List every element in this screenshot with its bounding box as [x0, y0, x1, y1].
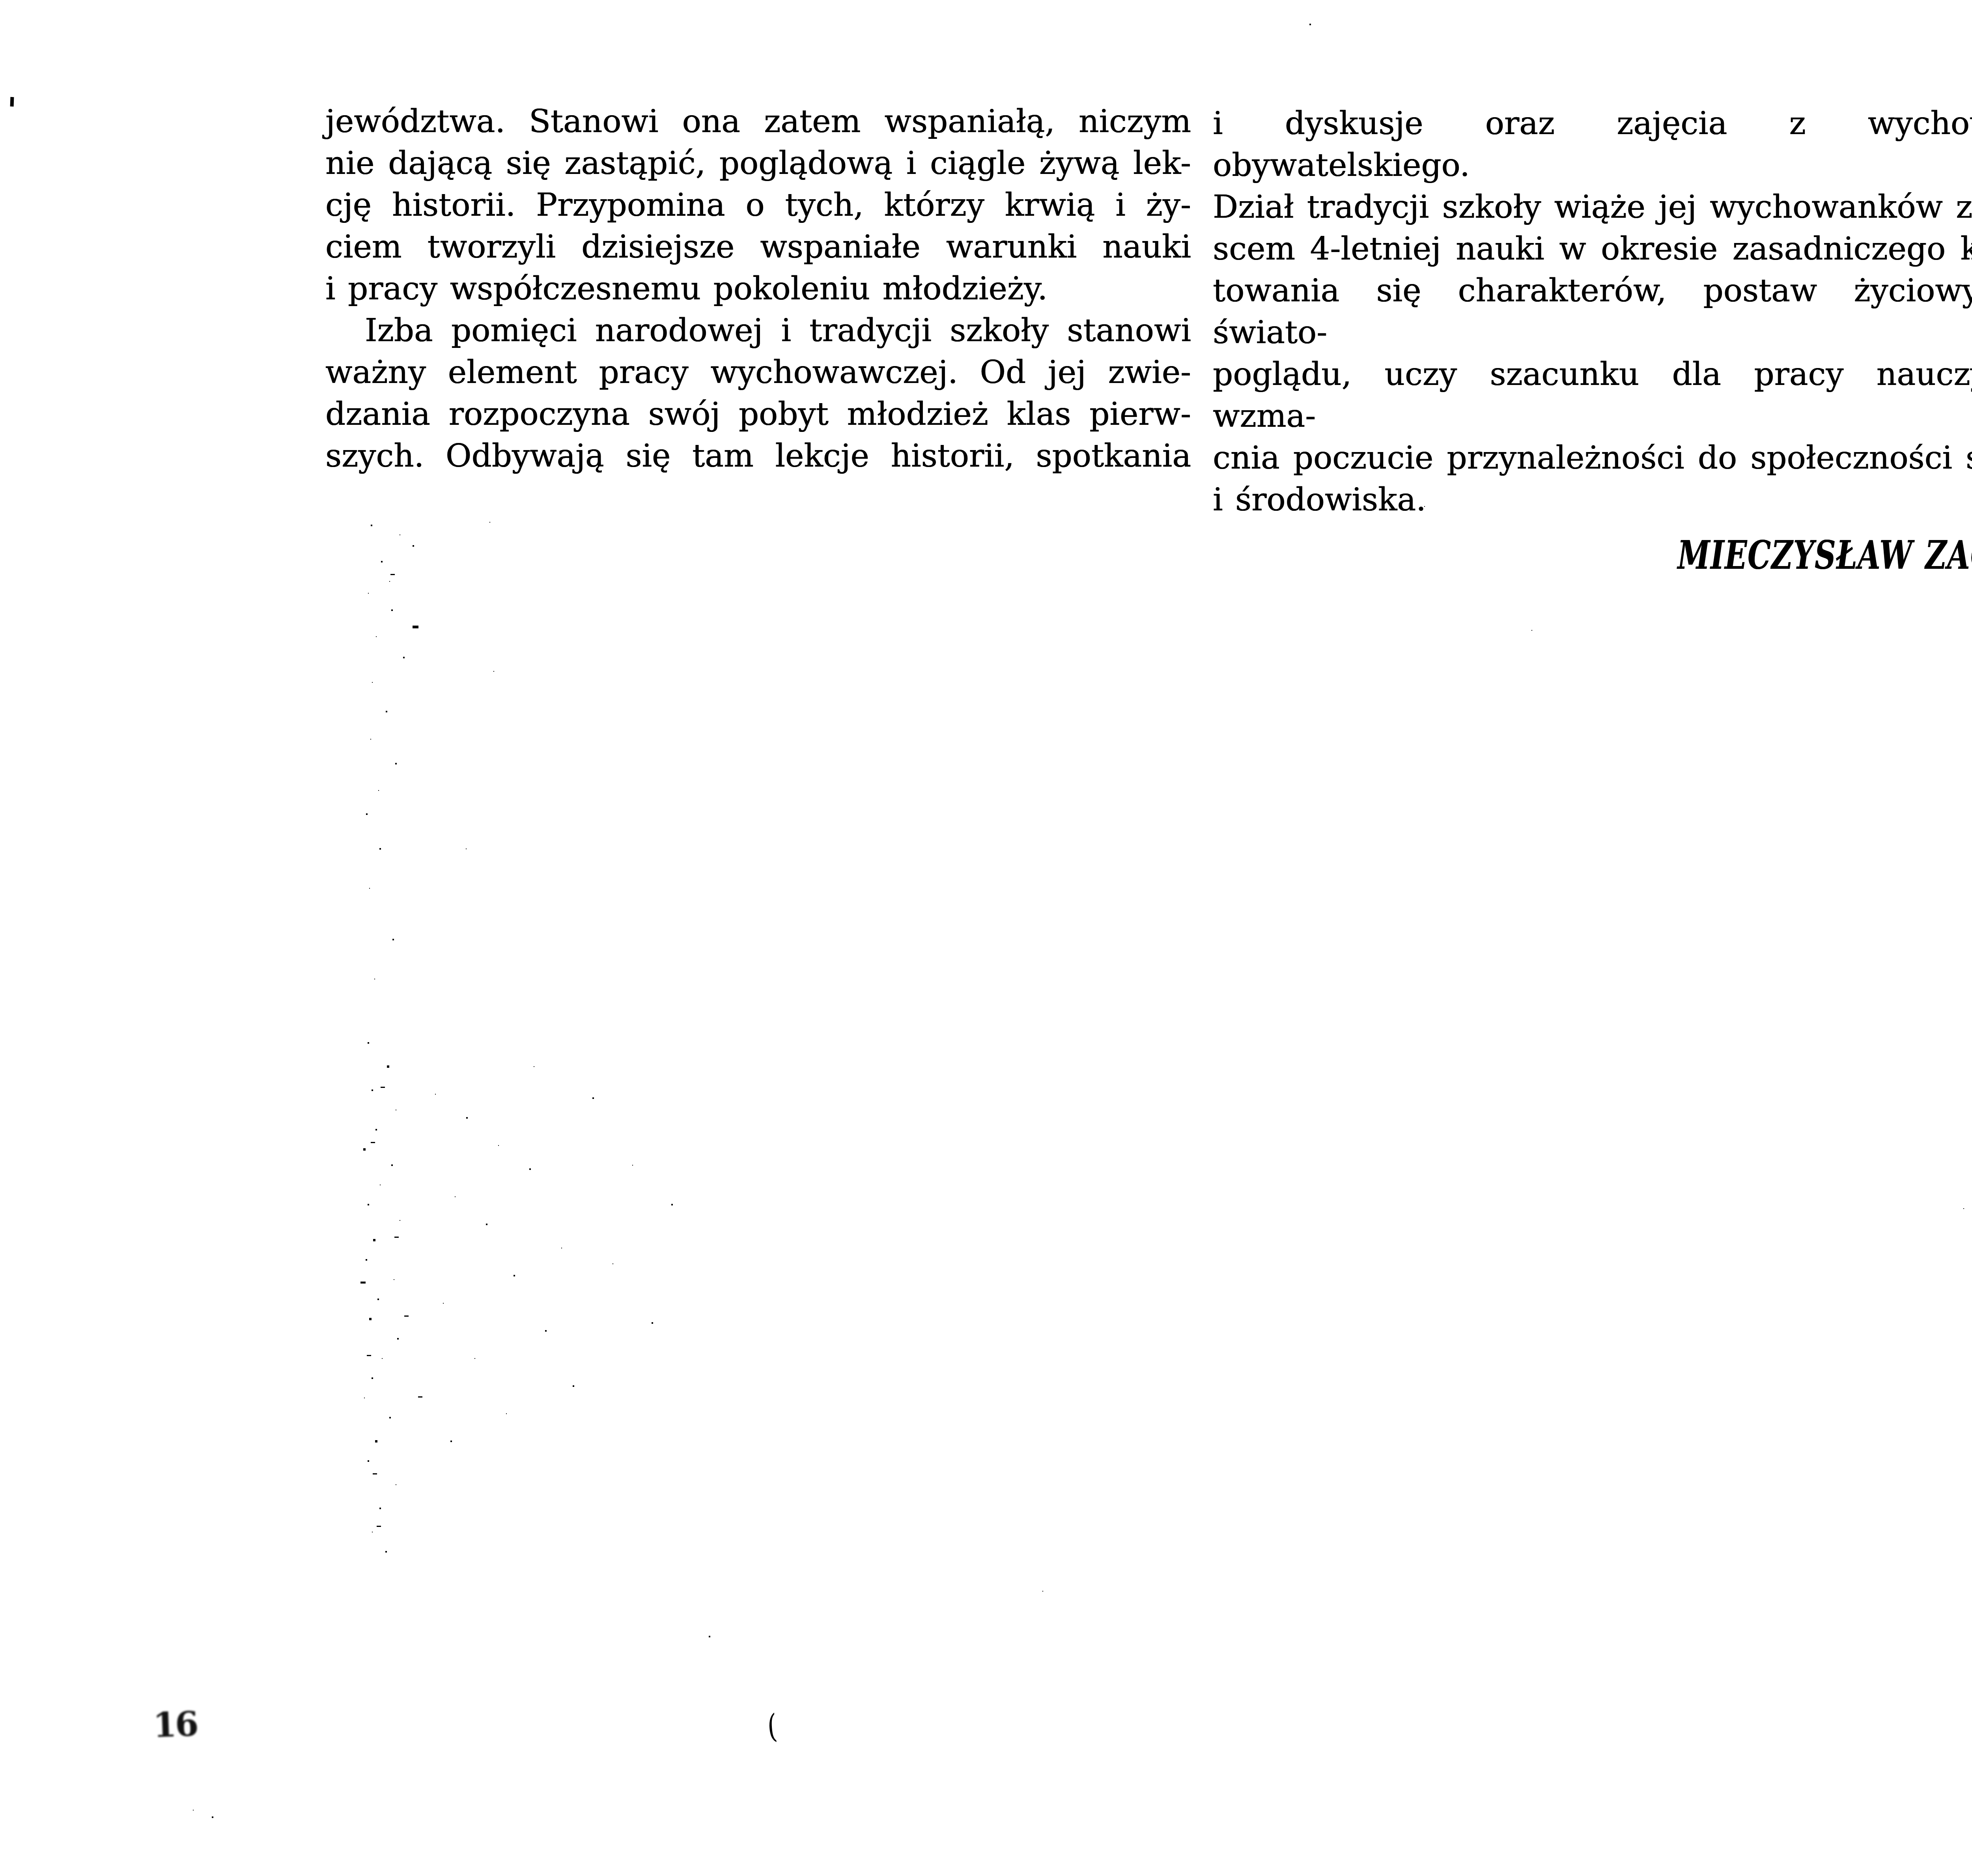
- text-line: cnia poczucie przynależności do społeczn…: [1213, 437, 1972, 479]
- text-line: cję historii. Przypomina o tych, którzy …: [325, 184, 1191, 226]
- right-column: i dyskusje oraz zajęcia z wychowania oby…: [1213, 103, 1972, 576]
- scan-artifact-flecks: [0, 0, 4, 1]
- text-line: Izba pomięci narodowej i tradycji szkoły…: [325, 310, 1191, 351]
- text-line: i środowiska.: [1213, 479, 1972, 521]
- scan-artifact-paren-mark: (: [766, 1708, 778, 1746]
- page-number: 16: [152, 1704, 198, 1745]
- text-line: i pracy współczesnemu pokoleniu młodzież…: [325, 268, 1191, 310]
- left-column: jewództwa. Stanowi ona zatem wspaniałą, …: [325, 101, 1191, 477]
- text-line: poglądu, uczy szacunku dla pracy nauczyc…: [1213, 353, 1972, 437]
- text-line: i dyskusje oraz zajęcia z wychowania oby…: [1213, 103, 1972, 186]
- text-line: jewództwa. Stanowi ona zatem wspaniałą, …: [325, 101, 1191, 142]
- text-line: scem 4-letniej nauki w okresie zasadnicz…: [1213, 228, 1972, 270]
- text-line: ciem tworzyli dzisiejsze wspaniałe warun…: [325, 226, 1191, 268]
- text-line: Dział tradycji szkoły wiąże jej wychowan…: [1213, 186, 1972, 228]
- text-line: dzania rozpoczyna swój pobyt młodzież kl…: [325, 393, 1191, 435]
- scanned-document-page: jewództwa. Stanowi ona zatem wspaniałą, …: [0, 0, 1972, 1876]
- text-line: towania się charakterów, postaw życiowyc…: [1213, 270, 1972, 353]
- text-line: szych. Odbywają się tam lekcje historii,…: [325, 435, 1191, 477]
- scan-artifact-edge-tick: [10, 97, 14, 107]
- text-line: ważny element pracy wychowawczej. Od jej…: [325, 351, 1191, 393]
- text-line: nie dającą się zastąpić, poglądową i cią…: [325, 142, 1191, 184]
- author-signature: MIECZYSŁAW ZACH: [1434, 534, 1972, 576]
